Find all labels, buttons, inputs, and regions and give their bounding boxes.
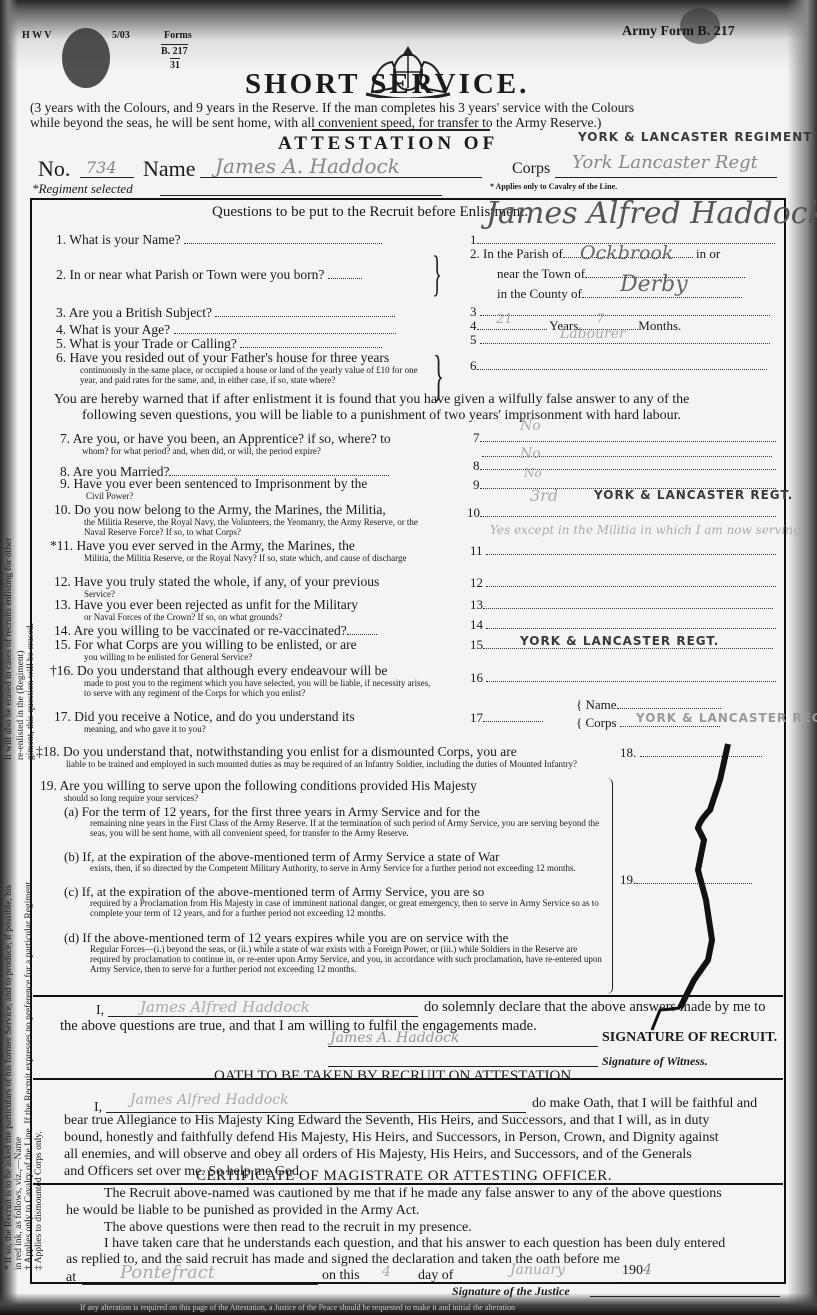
answer-7[interactable]: 7 <box>473 430 776 446</box>
question-6: 6. Have you resided out of your Father's… <box>56 351 426 385</box>
recruit-signature-field[interactable] <box>328 1046 598 1047</box>
declaration-name-field[interactable] <box>108 1016 418 1017</box>
cavalry-note: * Applies only to Cavalry of the Line. <box>490 182 617 191</box>
question-5: 5. What is your Trade or Calling? <box>56 337 382 351</box>
margin-note-lower-4: ‡ Applies to dismounted Corps only. <box>34 1131 45 1270</box>
answer-2-county-value: Derby <box>620 272 688 297</box>
month-value: January <box>510 1262 565 1278</box>
question-10: 10. Do you now belong to the Army, the M… <box>54 503 438 537</box>
regiment-selected-field[interactable] <box>160 195 442 196</box>
answer-10-hand: 3rd <box>530 486 558 505</box>
brace-19 <box>606 778 613 994</box>
oath-line-2: bear true Allegiance to His Majesty King… <box>64 1113 709 1129</box>
footer-note: If any alteration is required on this pa… <box>80 1303 515 1312</box>
corps-field[interactable] <box>555 177 777 178</box>
justice-signature-field[interactable] <box>590 1296 780 1297</box>
answer-8[interactable]: 8 <box>473 458 776 474</box>
answer-15-stamp: YORK & LANCASTER REGT. <box>520 634 719 648</box>
divider <box>33 995 783 997</box>
answer-7-value: No <box>520 418 541 434</box>
question-11: *11. Have you ever served in the Army, t… <box>50 539 438 563</box>
answer-14[interactable]: 14 <box>470 617 776 633</box>
no-label: No. <box>38 156 70 182</box>
attestation-title: ATTESTATION OF <box>278 133 498 155</box>
answer-16[interactable]: 16 <box>470 670 776 686</box>
answer-11[interactable]: 11 <box>470 543 776 559</box>
oath-line-1: do make Oath, that I will be faithful an… <box>532 1096 757 1112</box>
regiment-stamp: YORK & LANCASTER REGIMENT <box>578 130 812 144</box>
question-15: 15. For what Corps are you willing to be… <box>54 638 438 662</box>
month-field[interactable] <box>462 1282 618 1283</box>
corps-value: York Lancaster Regt <box>572 152 758 173</box>
no-value: 734 <box>86 158 117 177</box>
day-of-label: day of <box>418 1268 453 1284</box>
declaration-line-1: do solemnly declare that the above answe… <box>424 999 765 1016</box>
oath-heading: OATH TO BE TAKEN BY RECRUIT ON ATTESTATI… <box>214 1068 575 1085</box>
corps-label: Corps <box>512 160 550 178</box>
answer-6[interactable]: 6 <box>470 358 767 374</box>
question-16: †16. Do you understand that although eve… <box>50 664 438 698</box>
form-title: SHORT SERVICE. <box>245 68 529 101</box>
army-form-number: Army Form B. 217 <box>622 24 735 40</box>
on-this-label: on this <box>322 1268 360 1284</box>
questions-heading: Questions to be put to the Recruit befor… <box>212 204 528 221</box>
answer-2-parish-value: Ockbrook <box>580 242 673 264</box>
witness-signature-label: Signature of Witness. <box>602 1054 708 1069</box>
certificate-line-2: he would be liable to be punished as pro… <box>66 1203 419 1219</box>
certificate-heading: CERTIFICATE OF MAGISTRATE OR ATTESTING O… <box>196 1168 612 1185</box>
printer-code: H W V <box>22 30 51 41</box>
condition-b: (b) If, at the expiration of the above-m… <box>64 850 604 873</box>
answer-10[interactable]: 10 <box>467 505 776 521</box>
ink-blot <box>62 28 110 88</box>
recruit-signature-label: SIGNATURE OF RECRUIT. <box>602 1030 777 1046</box>
margin-note-upper: It will also be erased in cases of recru… <box>4 538 15 760</box>
condition-d: (d) If the above-mentioned term of 12 ye… <box>64 931 604 974</box>
print-ref: 5/03 <box>112 30 130 41</box>
condition-c: (c) If, at the expiration of the above-m… <box>64 885 604 918</box>
question-14: 14. Are you willing to be vaccinated or … <box>54 624 377 638</box>
brace: } <box>432 244 442 302</box>
justice-signature-label: Signature of the Justice <box>452 1284 570 1299</box>
at-value: Pontefract <box>120 1262 215 1283</box>
question-18: ‡18. Do you understand that, notwithstan… <box>36 745 606 769</box>
answer-11-value: Yes except in the Militia in which I am … <box>490 523 801 537</box>
answer-10-stamp: YORK & LANCASTER REGT. <box>594 488 793 502</box>
form-num: 31 <box>170 58 180 71</box>
declaration-line-2: the above questions are true, and that I… <box>60 1018 537 1035</box>
question-13: 13. Have you ever been rejected as unfit… <box>54 598 438 622</box>
certificate-line-4: I have taken care that he understands ea… <box>104 1236 725 1252</box>
regiment-selected-label: *Regiment selected <box>32 181 133 197</box>
condition-a: (a) For the term of 12 years, for the fi… <box>64 805 604 838</box>
name-label: Name <box>143 156 196 182</box>
answer-12[interactable]: 12 <box>470 575 776 591</box>
name-value: James A. Haddock <box>215 154 400 178</box>
question-1: 1. What is your Name? <box>56 233 382 247</box>
no-field[interactable] <box>80 177 134 178</box>
answer-4-months-value: 7 <box>596 312 604 327</box>
divider <box>312 129 490 131</box>
at-label: at <box>66 1270 76 1286</box>
declaration-i-label: I, <box>96 1003 104 1019</box>
form-subtitle: (3 years with the Colours, and 9 years i… <box>30 100 790 130</box>
declaration-name-value: James Alfred Haddock <box>140 998 310 1016</box>
certificate-line-3: The above questions were then read to th… <box>104 1220 472 1236</box>
question-19: 19. Are you willing to serve upon the fo… <box>40 779 610 803</box>
answer-4-years-value: 21 <box>496 312 513 327</box>
question-3: 3. Are you a British Subject? <box>56 306 395 320</box>
margin-note-upper-3: giment, this question will be erased. <box>26 623 37 760</box>
oath-name-value: James Alfred Haddock <box>130 1092 289 1108</box>
question-12: 12. Have you truly stated the whole, if … <box>54 575 438 599</box>
warning-line-1: You are hereby warned that if after enli… <box>54 392 689 408</box>
certificate-line-1: The Recruit above-named was cautioned by… <box>104 1186 722 1202</box>
answer-9-value: No <box>524 466 542 480</box>
at-field[interactable] <box>82 1284 318 1285</box>
recruit-signature-value: James A. Haddock <box>330 1030 459 1046</box>
answer-5-value: Labourer <box>560 326 626 342</box>
answer-8-value: No <box>520 446 541 462</box>
oath-line-4: all enemies, and will observe and obey a… <box>64 1147 692 1163</box>
question-4: 4. What is your Age? <box>56 323 396 337</box>
forms-label: Forms <box>164 30 192 41</box>
question-9: 9. Have you ever been sentenced to Impri… <box>60 477 440 501</box>
oath-line-3: bound, honestly and faithfully defend Hi… <box>64 1130 719 1146</box>
day-value: 4 <box>382 1264 391 1280</box>
question-17: 17. Did you receive a Notice, and do you… <box>54 710 438 734</box>
handwritten-name: James Alfred Haddock <box>486 196 817 231</box>
warning-line-2: following seven questions, you will be l… <box>82 408 681 424</box>
answer-13[interactable]: 13 <box>470 597 773 613</box>
answer-17-corps-stamp: YORK & LANCASTER REGT. <box>636 711 817 725</box>
question-2: 2. In or near what Parish or Town were y… <box>56 268 362 282</box>
year-label: 1904 <box>622 1262 652 1279</box>
form-b: B. 217 <box>161 44 188 57</box>
day-field[interactable] <box>368 1282 416 1283</box>
answer-17[interactable]: 17 <box>470 710 543 726</box>
question-7: 7. Are you, or have you been, an Apprent… <box>60 432 430 456</box>
witness-signature-field[interactable] <box>328 1066 598 1067</box>
